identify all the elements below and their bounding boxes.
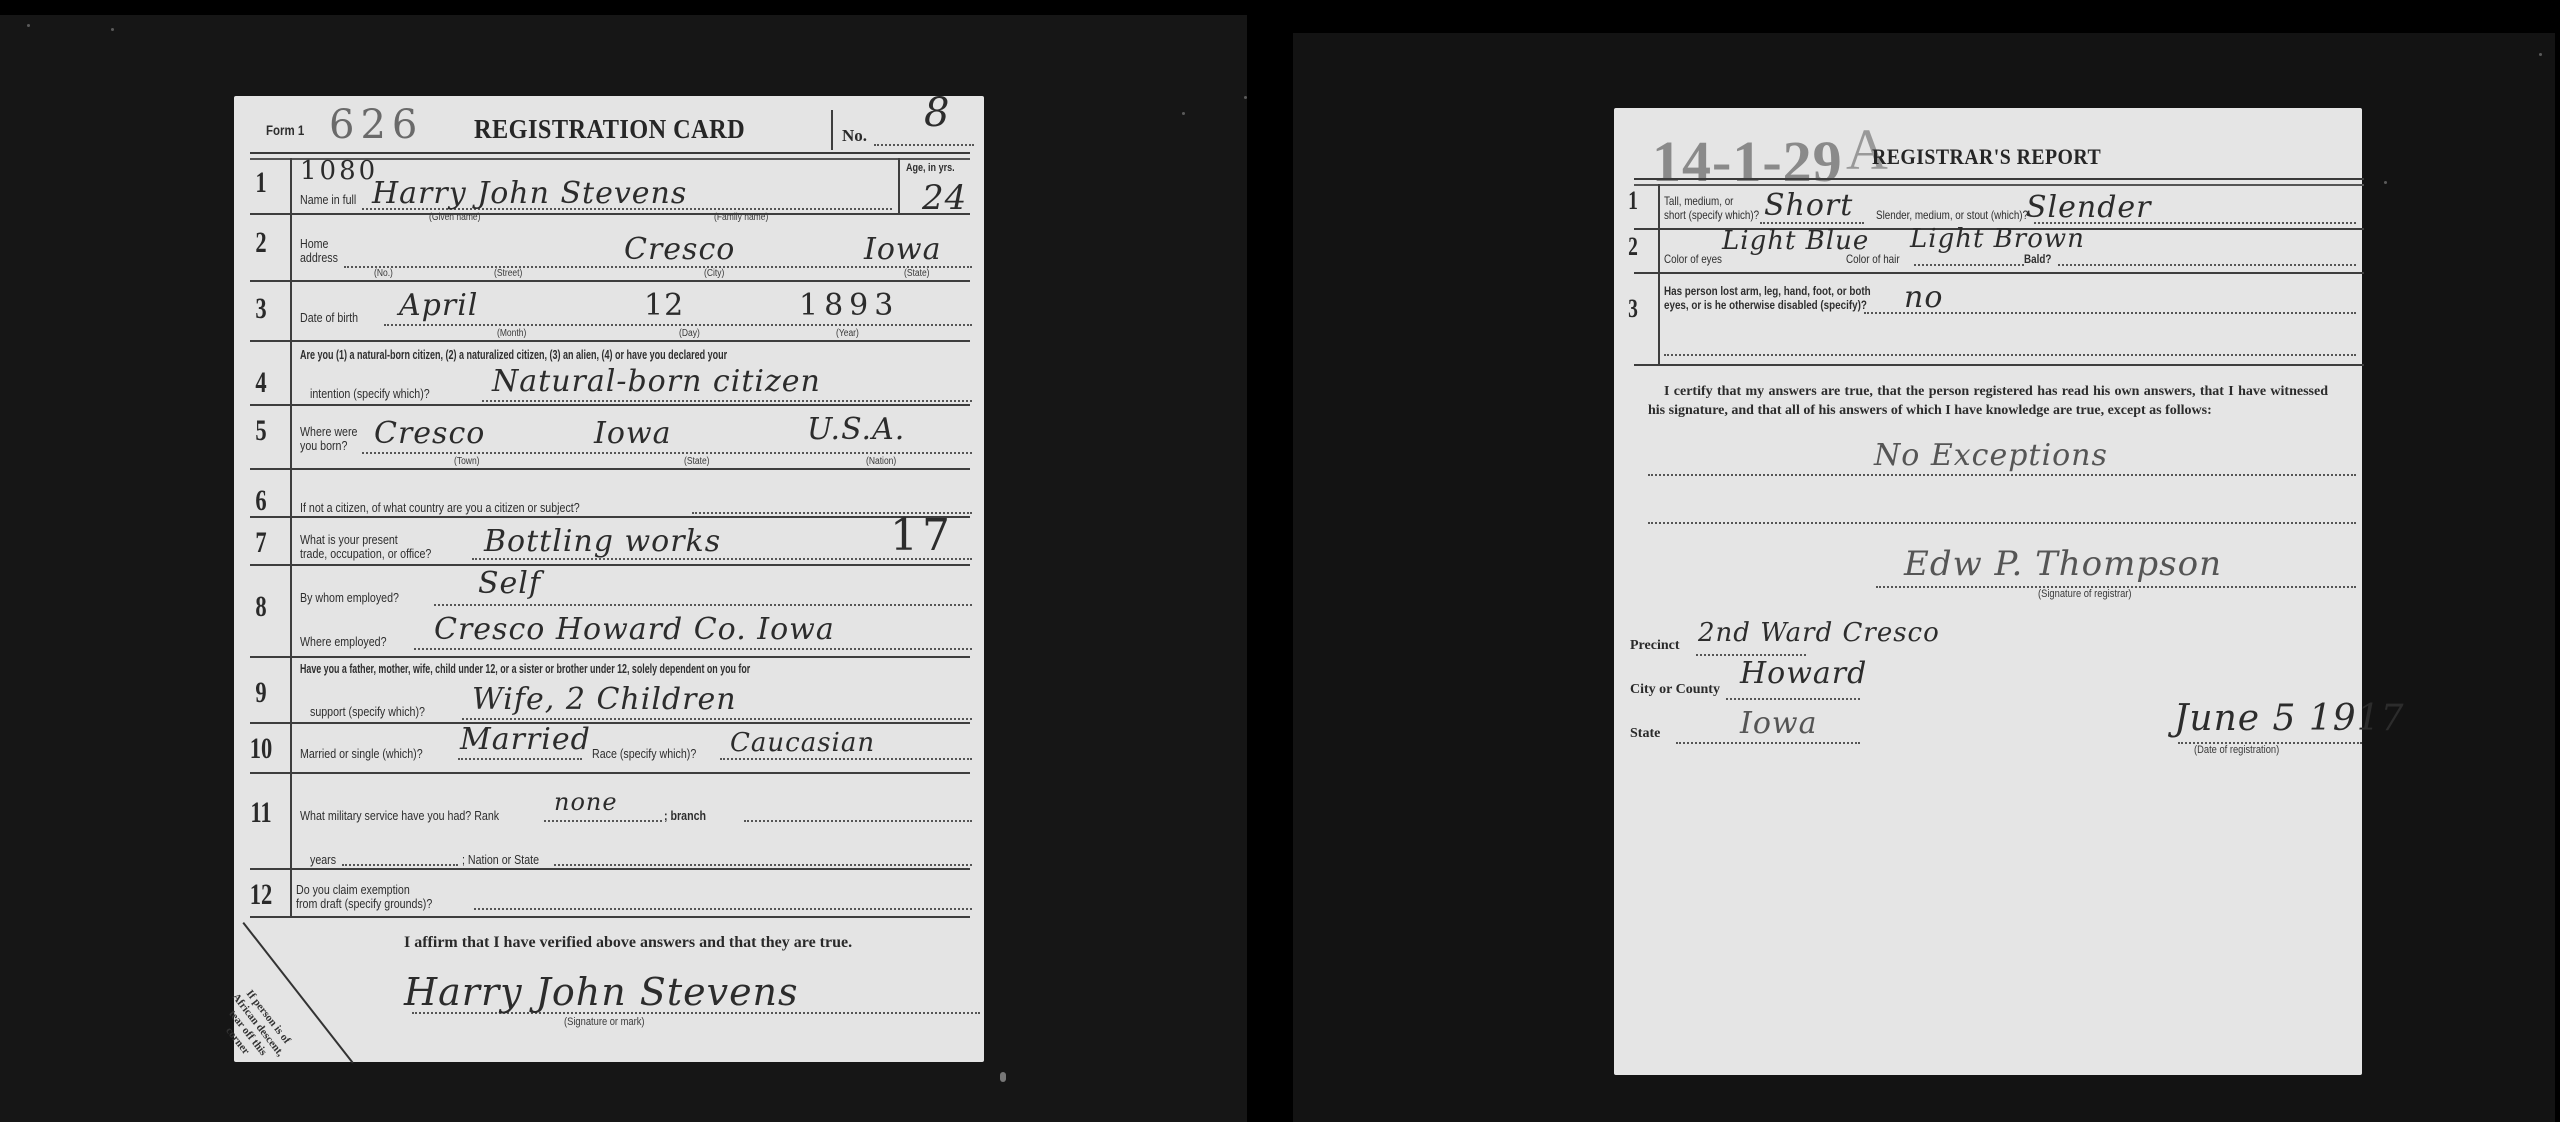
no-label: No. (842, 126, 867, 146)
occupation-label-1: What is your present (300, 532, 398, 547)
dust-speck (2539, 53, 2542, 56)
row-number-column-rule (1658, 184, 1660, 366)
row-2-rule (1634, 272, 2364, 274)
hair-value: Light Brown (1910, 224, 2085, 254)
race-value: Caucasian (730, 728, 875, 758)
race-line (720, 758, 972, 760)
row-number-column-rule (290, 158, 292, 916)
age-label: Age, in yrs. (906, 162, 955, 174)
citizenship-question: Are you (1) a natural-born citizen, (2) … (300, 348, 727, 362)
registrars-report-card: 14-1-29 A REGISTRAR'S REPORT 1 Tall, med… (1614, 108, 2362, 1075)
bald-line (2058, 264, 2356, 266)
scan-right-edge (2555, 0, 2560, 1122)
row-number-3: 3 (1622, 294, 1645, 324)
bald-label: Bald? (2024, 252, 2051, 266)
county-line (1726, 698, 1860, 700)
row-number-10: 10 (250, 732, 273, 766)
hair-line (1914, 264, 2024, 266)
row-number-3: 3 (250, 292, 273, 326)
born-town-value: Cresco (374, 416, 485, 451)
occupation-annotation: 17 (890, 510, 954, 561)
state-sublabel: (State) (684, 456, 710, 467)
home-label: Home (300, 236, 328, 251)
exemption-label-1: Do you claim exemption (296, 882, 410, 897)
row-6-rule (250, 516, 970, 518)
row-10-rule (250, 772, 970, 774)
order-number: 1080 (300, 156, 378, 186)
row-5-rule (250, 468, 970, 470)
row-12-rule (250, 916, 970, 918)
affirmation-text: I affirm that I have verified above answ… (404, 934, 852, 952)
dob-month-value: April (399, 288, 478, 323)
dependents-value: Wife, 2 Children (472, 682, 737, 717)
registration-card: Form 1 626 REGISTRATION CARD No. 8 1 108… (234, 96, 984, 1062)
row-number-4: 4 (250, 366, 273, 400)
age-column-rule (898, 158, 900, 213)
card-title: REGISTRATION CARD (474, 114, 745, 145)
exceptions-line-2 (1648, 522, 2356, 524)
no-value: 8 (924, 90, 950, 136)
row-number-1: 1 (250, 166, 273, 200)
state-line (1676, 742, 1860, 744)
scan-top-edge-right (1293, 0, 2560, 33)
row-number-9: 9 (250, 676, 273, 710)
citizenship-line (482, 400, 972, 402)
day-sublabel: (Day) (679, 328, 700, 339)
county-value: Howard (1740, 656, 1867, 691)
height-label-2: short (specify which)? (1664, 208, 1759, 222)
nation-or-state-line (554, 864, 972, 866)
form-label: Form 1 (266, 122, 304, 138)
citizenship-value: Natural-born citizen (492, 364, 821, 399)
dust-speck (1000, 1072, 1006, 1082)
row-number-11: 11 (250, 796, 273, 830)
years-line (342, 864, 458, 866)
name-label: Name in full (300, 192, 356, 207)
no-line (874, 144, 974, 146)
dust-speck (27, 24, 30, 27)
registrar-signature: Edw P. Thompson (1904, 544, 2222, 584)
exceptions-value: No Exceptions (1874, 438, 2108, 473)
row-2-rule (250, 280, 970, 282)
country-question: If not a citizen, of what country are yo… (300, 500, 580, 515)
state-value: Iowa (1740, 706, 1817, 741)
row-8-rule (250, 656, 970, 658)
row-3-rule (250, 340, 970, 342)
branch-line (744, 820, 972, 822)
dependents-line (462, 718, 972, 720)
disability-line-2 (1664, 354, 2356, 356)
exemption-label-2: from draft (specify grounds)? (296, 896, 432, 911)
born-label-1: Where were (300, 424, 357, 439)
precinct-label: Precinct (1630, 638, 1680, 654)
where-employed-label: Where employed? (300, 634, 387, 649)
precinct-value: 2nd Ward Cresco (1698, 618, 1940, 648)
rank-line (544, 820, 662, 822)
signature-sublabel: (Signature or mark) (564, 1016, 645, 1028)
row-9-rule (250, 722, 970, 724)
row-4-rule (250, 404, 970, 406)
height-label-1: Tall, medium, or (1664, 194, 1733, 208)
scan-top-edge-left (0, 0, 1247, 15)
row-number-2: 2 (1622, 232, 1645, 262)
home-state-value: Iowa (864, 232, 941, 267)
eyes-label: Color of eyes (1664, 252, 1722, 266)
serial-number: 626 (329, 102, 423, 148)
disability-value: no (1904, 280, 1943, 315)
row-number-8: 8 (250, 590, 273, 624)
address-label: address (300, 250, 338, 265)
dust-speck (1244, 96, 1247, 99)
town-sublabel: (Town) (454, 456, 480, 467)
dust-speck (111, 28, 114, 31)
street-sublabel: (Street) (494, 268, 522, 279)
hair-label: Color of hair (1846, 252, 1900, 266)
employer-label: By whom employed? (300, 590, 399, 605)
born-nation-value: U.S.A. (807, 412, 905, 447)
branch-label: ; branch (664, 808, 706, 823)
row-7-rule (250, 564, 970, 566)
occupation-value: Bottling works (484, 524, 721, 559)
citizenship-label: intention (specify which)? (310, 386, 430, 401)
row-number-6: 6 (250, 484, 273, 518)
rank-value: none (554, 788, 618, 816)
military-label: What military service have you had? Rank (300, 808, 499, 823)
employer-line (434, 604, 972, 606)
disability-label-1: Has person lost arm, leg, hand, foot, or… (1664, 284, 1871, 298)
employer-value: Self (478, 566, 541, 601)
row-number-1: 1 (1622, 186, 1645, 216)
home-city-value: Cresco (624, 232, 735, 267)
row-3-rule (1634, 364, 2364, 366)
nation-or-state-label: ; Nation or State (462, 852, 539, 867)
row-number-12: 12 (250, 878, 273, 912)
county-label: City or County (1630, 682, 1720, 698)
dust-speck (2384, 181, 2387, 184)
married-line (458, 758, 582, 760)
row-11-rule (250, 868, 970, 870)
state-sublabel: (State) (904, 268, 930, 279)
where-employed-line (414, 648, 972, 650)
registration-date-value: June 5 1917 (2174, 698, 2405, 739)
born-state-value: Iowa (594, 416, 671, 451)
dob-line (384, 324, 972, 326)
row-number-2: 2 (250, 226, 273, 260)
registration-date-sublabel: (Date of registration) (2194, 744, 2279, 756)
header-rule (1634, 178, 2364, 186)
row-1-rule (250, 213, 970, 215)
row-number-5: 5 (250, 414, 273, 448)
height-value: Short (1764, 188, 1853, 223)
married-value: Married (460, 722, 591, 757)
where-employed-value: Cresco Howard Co. Iowa (434, 612, 835, 647)
registrar-signature-sublabel: (Signature of registrar) (2038, 588, 2132, 600)
born-label-2: you born? (300, 438, 347, 453)
dob-year-value: 1893 (799, 288, 899, 323)
build-label: Slender, medium, or stout (which)? (1876, 208, 2028, 222)
city-sublabel: (City) (704, 268, 724, 279)
name-value: Harry John Stevens (372, 176, 687, 211)
dependents-label: support (specify which)? (310, 704, 425, 719)
disability-label-2: eyes, or is he otherwise disabled (speci… (1664, 298, 1867, 312)
report-title: REGISTRAR'S REPORT (1872, 144, 2101, 170)
occupation-label-2: trade, occupation, or office? (300, 546, 431, 561)
dob-label: Date of birth (300, 310, 358, 325)
dependents-question: Have you a father, mother, wife, child u… (300, 662, 750, 676)
years-label: years (310, 852, 336, 867)
dob-day-value: 12 (644, 288, 684, 323)
month-sublabel: (Month) (497, 328, 526, 339)
registrant-signature: Harry John Stevens (404, 970, 799, 1014)
age-value: 24 (922, 178, 967, 218)
born-line (362, 452, 972, 454)
build-value: Slender (2026, 190, 2152, 225)
nation-sublabel: (Nation) (866, 456, 896, 467)
no-sublabel: (No.) (374, 268, 393, 279)
dust-speck (1182, 112, 1185, 115)
exceptions-line (1648, 474, 2356, 476)
state-label: State (1630, 726, 1660, 742)
certification-text: I certify that my answers are true, that… (1648, 382, 2328, 420)
exemption-line (474, 908, 972, 910)
married-label: Married or single (which)? (300, 746, 423, 761)
year-sublabel: (Year) (836, 328, 859, 339)
race-label: Race (specify which)? (592, 746, 696, 761)
row-number-7: 7 (250, 526, 273, 560)
no-divider (831, 110, 833, 150)
scan-divider (1247, 0, 1293, 1122)
